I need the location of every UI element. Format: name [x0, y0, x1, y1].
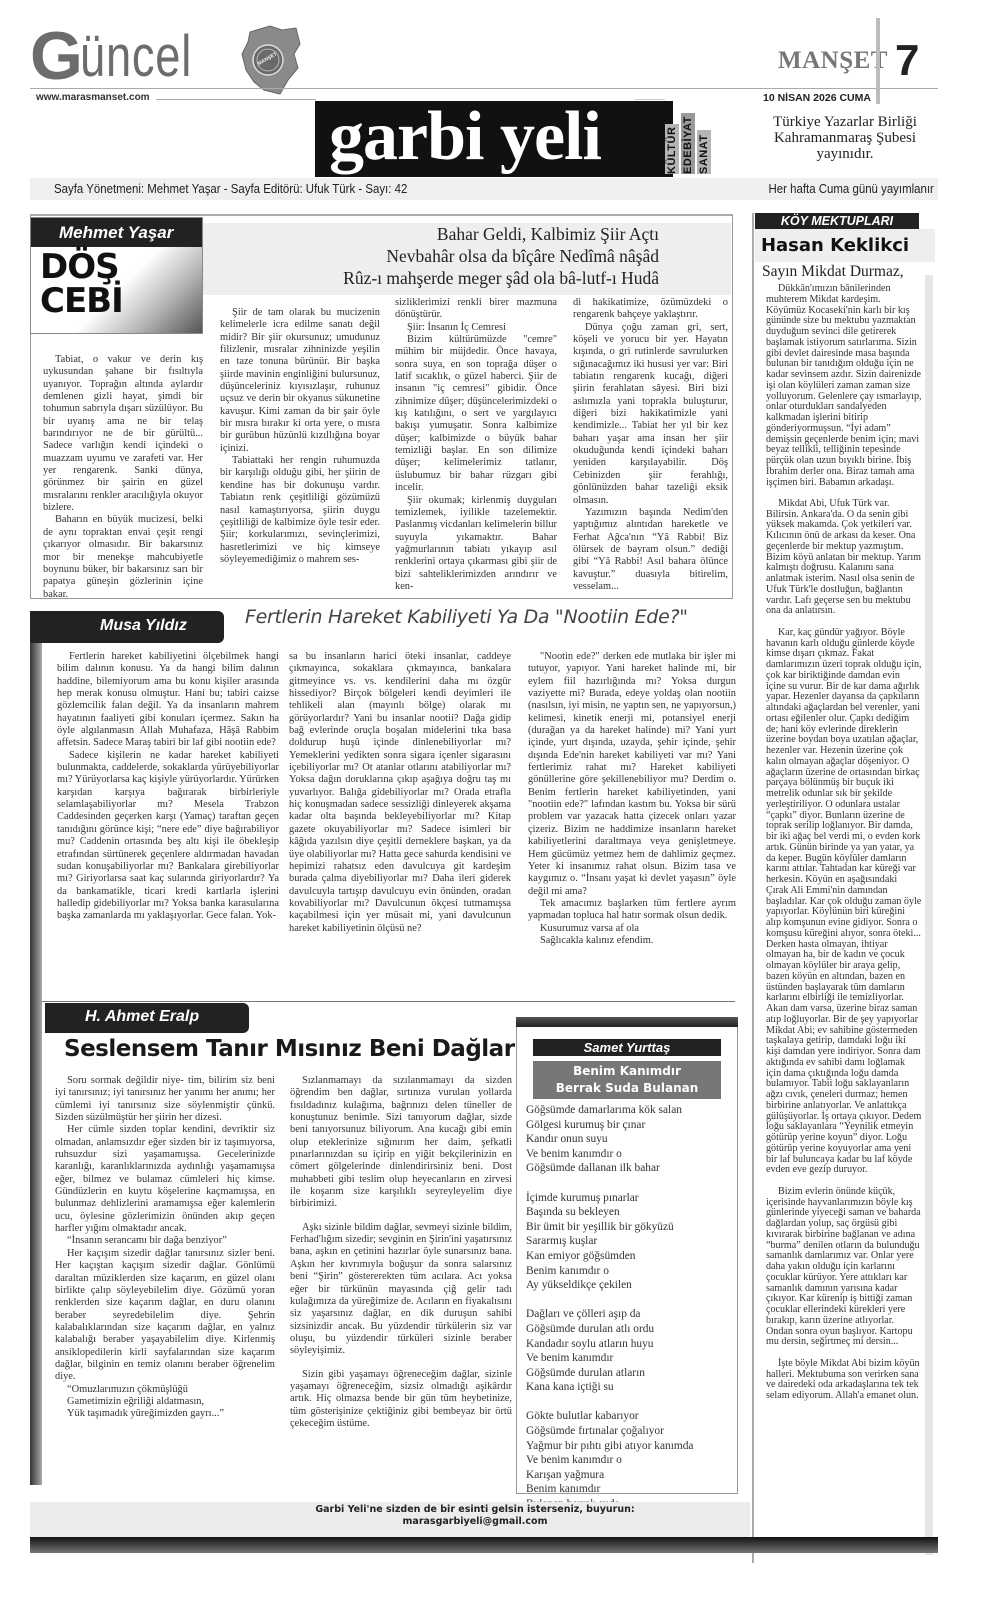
poet-name: Samet Yurttaş [533, 1039, 721, 1056]
paragraph: Yazımızın başında Nedim'den yaptığımız a… [573, 507, 728, 593]
tag-edebiyat: EDEBİYAT [681, 113, 695, 174]
author-name: Mehmet Yaşar [31, 218, 202, 247]
article1-column-2: Şiir de tam olarak bu mucizenin kelimele… [220, 307, 380, 566]
poem-title-line: Benim Kanımdır [533, 1063, 721, 1080]
footer-contact-bar: Garbi Yeli'ne sizden de bir esinti gelsi… [30, 1502, 750, 1537]
paragraph: Kusurumuz varsa af ola [528, 923, 736, 935]
verse: Kandır onun suyu [526, 1132, 693, 1147]
article1-column-1: Tabiat, o vakur ve derin kış uykusundan … [43, 354, 203, 601]
article-headline: Fertlerin Hareket Kabiliyeti Ya Da "Noot… [245, 606, 688, 628]
verse: Kandadır soylu atların huyu [526, 1337, 693, 1352]
verse: Göğsümde durulan atlı ordu [526, 1322, 693, 1337]
article2-column-2: sa bu insanların harici öteki insanlar, … [289, 651, 511, 935]
paragraph: Mikdat Abi, Ufuk Türk var. Bilirsin. Ank… [766, 499, 922, 617]
verse: Göğsümde fırtınalar çoğalıyor [526, 1424, 693, 1439]
verse: Göğsümde dallanan ilk bahar [526, 1161, 693, 1176]
paragraph: Baharın en büyük mucizesi, belki de aynı… [43, 514, 203, 600]
author-tab: H. Ahmet Eralp [45, 1003, 249, 1033]
page-number: 7 [895, 36, 919, 86]
credits-bar: Sayfa Yönetmeni: Mehmet Yaşar - Sayfa Ed… [30, 178, 938, 200]
issue-date: 10 NİSAN 2026 CUMA [763, 92, 871, 104]
article2-column-3: "Nootin ede?" derken ede mutlaka bir işl… [528, 651, 736, 947]
header-rule [30, 88, 938, 89]
page-number-divider [876, 18, 880, 104]
article-headline: Seslensem Tanır Mısınız Beni Dağlar [64, 1036, 515, 1062]
footer-gradient-bar [30, 1537, 938, 1553]
guncel-logo-text: üncel [80, 24, 192, 90]
poem-box: Samet Yurttaş Benim Kanımdır Berrak Suda… [516, 1017, 738, 1494]
verse: Yağmur bir pıhtı gibi atıyor kanımda [526, 1439, 693, 1454]
newspaper-name: MANŞET [778, 47, 888, 75]
paragraph: Tabiat, o vakur ve derin kış uykusundan … [43, 354, 203, 514]
stanza: Göğsümde damarlarıma kök salan Gölgesi k… [526, 1103, 693, 1176]
verse: Kan emiyor göğsümden [526, 1249, 693, 1264]
paragraph: Tek amacımız başlarken tüm fertlere ayrı… [528, 898, 736, 923]
verse: Göğsümde durulan atların [526, 1366, 693, 1381]
article2-column-1: Fertlerin hareket kabiliyetini ölçebilme… [57, 651, 279, 923]
paragraph: sizliklerimizi renkli birer mazmuna dönü… [395, 297, 557, 322]
paragraph: Sizin gibi yaşamayı öğreneceğim dağlar, … [290, 1369, 512, 1431]
paragraph: sa bu insanların harici öteki insanlar, … [289, 651, 511, 935]
column-name-line: CEBİ [40, 284, 123, 318]
quote-line: Gametimizin eğriliği aldatmasın, [55, 1396, 275, 1408]
paragraph: Her kaçışım sizedir dağlar tanırsınız si… [55, 1248, 275, 1384]
paragraph: "Nootin ede?" derken ede mutlaka bir işl… [528, 651, 736, 898]
paragraph: Bizim kültürümüzde "cemre" mühim bir müj… [395, 334, 557, 494]
kahramanmaras-map-emblem-icon: MANŞET [240, 24, 302, 96]
quote-line: Yük taşımadık yüreğimizden gayrı...” [55, 1408, 275, 1420]
subheading: Şiir: İnsanın İç Cemresi [395, 322, 557, 334]
paragraph: Şiir de tam olarak bu mucizenin kelimele… [220, 307, 380, 455]
paragraph: Şiir okumak; kirlenmiş duyguları temizle… [395, 495, 557, 594]
guncel-logo-g: G [30, 22, 81, 90]
headline-line: Nevbahâr olsa da bîçâre Nedîmâ nâşâd [203, 245, 659, 267]
author-name: H. Ahmet Eralp [85, 1008, 199, 1026]
letter-body: Dükkân'ımızın bânilerinden muhterem Mikd… [766, 284, 922, 1402]
tag-sanat: SANAT [697, 130, 711, 174]
poem-title: Benim Kanımdır Berrak Suda Bulanan [533, 1061, 721, 1099]
paragraph: Kar, kaç gündür yağıyor. Böyle havanın k… [766, 628, 922, 1176]
poem-title-line: Berrak Suda Bulanan [533, 1080, 721, 1097]
page-credits: Sayfa Yönetmeni: Mehmet Yaşar - Sayfa Ed… [54, 181, 407, 196]
publisher-line: Türkiye Yazarlar Birliği [755, 114, 935, 130]
footer-invite: Garbi Yeli'ne sizden de bir esinti gelsi… [200, 1504, 750, 1516]
paragraph: di hakikatimize, özümüzdeki o rengarenk … [573, 297, 728, 322]
article3-column-1: Soru sormak değildir niye- tim, bilirim … [55, 1075, 275, 1421]
verse: Karışan yağmura [526, 1468, 693, 1483]
verse: Kana kana içtiği su [526, 1380, 693, 1395]
website-rule [156, 99, 316, 100]
headline-line: Rûz-ı mahşerde meger şâd ola bâ-lutf-ı H… [203, 267, 659, 289]
paragraph: Sağlıcakla kalınız efendim. [528, 935, 736, 947]
verse: Bir ümit bir yeşillik bir gökyüzü [526, 1220, 693, 1235]
title-side-rule [635, 99, 665, 100]
poem-body: Göğsümde damarlarıma kök salan Gölgesi k… [526, 1103, 693, 1526]
website-link[interactable]: www.marasmanset.com [36, 92, 150, 103]
verse: Sararmış kuşlar [526, 1234, 693, 1249]
verse: Gökte bulutlar kabarıyor [526, 1409, 693, 1424]
column-name: DÖŞ CEBİ [40, 250, 123, 318]
tag-kultur: KÜLTÜR [665, 124, 679, 174]
paragraph: Aşkı sizinle bildim dağlar, sevmeyi sizi… [290, 1222, 512, 1358]
paragraph: Fertlerin hareket kabiliyetini ölçebilme… [57, 651, 279, 750]
stanza: İçimde kurumuş pınarlar Başında su bekle… [526, 1191, 693, 1293]
paragraph: Her cümle sizden toplar kendini, devrikt… [55, 1124, 275, 1235]
verse: Benim kanımdır o [526, 1264, 693, 1279]
article3-column-2: Sızlanmamayı da sızılanmamayı da sizden … [290, 1075, 512, 1430]
publication-schedule: Her hafta Cuma günü yayımlanır [769, 181, 934, 196]
paragraph: İşte böyle Mikdat Abi bizim köyün haller… [766, 1359, 922, 1402]
stanza: Gökte bulutlar kabarıyor Göğsümde fırtın… [526, 1409, 693, 1511]
headline-line: Bahar Geldi, Kalbimiz Şiir Açtı [203, 223, 659, 245]
section-label: KÖY MEKTUPLARI [755, 213, 919, 229]
verse: Başında su bekleyen [526, 1205, 693, 1220]
quote-line: “Omuzlarımızın çökmüşlüğü [55, 1384, 275, 1396]
right-column-rule [752, 213, 754, 1563]
verse: Dağları ve çölleri aşıp da [526, 1307, 693, 1322]
paragraph: Bizim evlerin önünde küçük, içerisinde h… [766, 1187, 922, 1348]
quote: “İnsanın serancamı bir dağa benziyor” [55, 1235, 275, 1247]
verse: İçimde kurumuş pınarlar [526, 1191, 693, 1206]
verse: Ve benim kanımdır o [526, 1453, 693, 1468]
verse: Ve benim kanımdır [526, 1351, 693, 1366]
paragraph: Sadece kişilerin ne kadar hareket kabili… [57, 750, 279, 923]
right-column-shadow [925, 275, 933, 1555]
article1-column-4: di hakikatimize, özümüzdeki o rengarenk … [573, 297, 728, 593]
paragraph: Dünya çoğu zaman gri, sert, köşeli ve yo… [573, 322, 728, 507]
publisher-line: yayınıdır. [755, 146, 935, 162]
verse: Ay yükseldikçe çekilen [526, 1278, 693, 1293]
author-name: Hasan Keklikci [755, 229, 935, 262]
contact-email-link[interactable]: marasgarbiyeli@gmail.com [200, 1516, 750, 1528]
verse: Ve benim kanımdır o [526, 1147, 693, 1162]
paragraph: Sızlanmamayı da sızılanmamayı da sizden … [290, 1075, 512, 1211]
stanza: Dağları ve çölleri aşıp da Göğsümde duru… [526, 1307, 693, 1395]
poem-box-header-bar [516, 1017, 738, 1027]
paragraph: Soru sormak değildir niye- tim, bilirim … [55, 1075, 275, 1124]
article1-column-3: sizliklerimizi renkli birer mazmuna dönü… [395, 297, 557, 593]
verse: Gölgesi kurumuş bir çınar [526, 1118, 693, 1133]
paragraph: Dükkân'ımızın bânilerinden muhterem Mikd… [766, 284, 922, 488]
verse: Göğsümde damarlarıma kök salan [526, 1103, 693, 1118]
author-tab: Musa Yıldız [30, 611, 224, 643]
left-gradient-frame [30, 611, 42, 1485]
article-headline: Bahar Geldi, Kalbimiz Şiir Açtı Nevbahâr… [203, 223, 731, 295]
verse: Benim kanımdır [526, 1482, 693, 1497]
column-name-line: DÖŞ [40, 250, 123, 284]
publisher-line: Kahramanmaraş Şubesi [755, 130, 935, 146]
publisher-note: Türkiye Yazarlar Birliği Kahramanmaraş Ş… [755, 114, 935, 162]
supplement-title: garbi yeli [315, 101, 673, 177]
author-name: Musa Yıldız [100, 617, 187, 635]
section-divider [42, 1001, 735, 1002]
paragraph: Tabiattaki her rengin ruhumuzda bir karş… [220, 455, 380, 566]
letter-salutation: Sayın Mikdat Durmaz, [762, 263, 904, 281]
